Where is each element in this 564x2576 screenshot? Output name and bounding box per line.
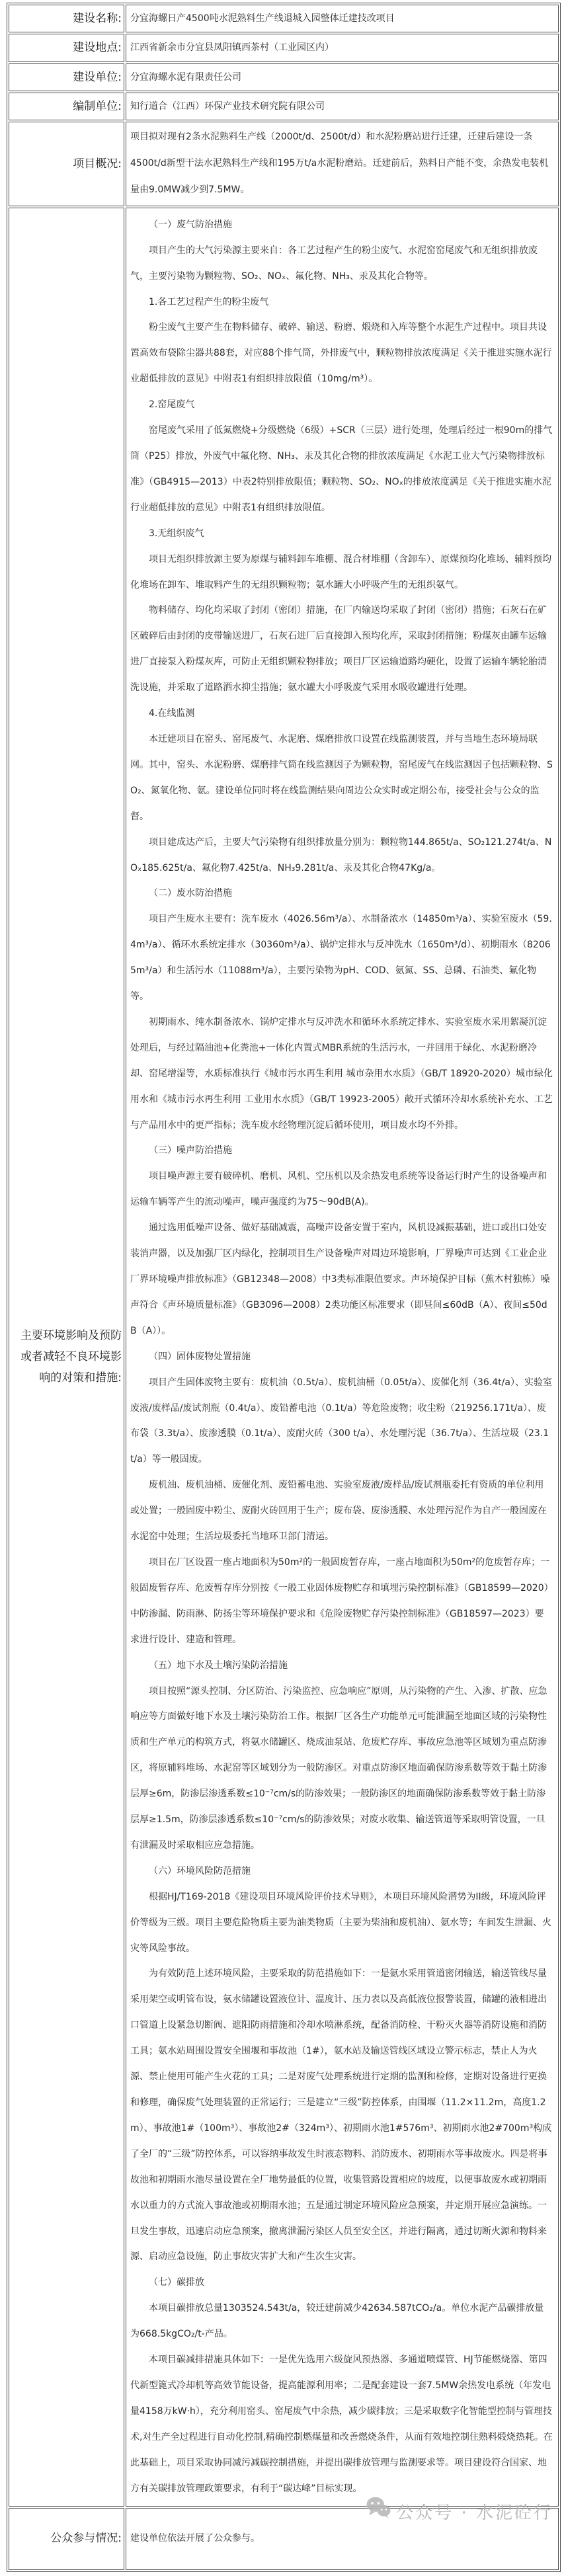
measure-paragraph: 物料储存、均化均采取了封闭（密闭）措施，在厂内输送均采取了封闭（密闭）措施；石灰… <box>130 598 553 701</box>
row-project-name: 建设名称: 分宜海螺日产4500吨水泥熟料生产线退城入园整体迁建技改项目 <box>9 5 559 32</box>
row-overview: 项目概况: 项目拟对现有2条水泥熟料生产线（2000t/d、2500t/d）和水… <box>9 122 559 206</box>
builder-label: 建设单位: <box>9 63 124 91</box>
row-compiler: 编制单位: 知行道合（江西）环保产业技术研究院有限公司 <box>9 93 559 120</box>
measure-paragraph: 本项目碳排放总量1303524.543t/a，较迁建前减少42634.587tC… <box>130 2296 553 2347</box>
overview-label: 项目概况: <box>9 122 124 206</box>
overview-value: 项目拟对现有2条水泥熟料生产线（2000t/d、2500t/d）和水泥粉磨站进行… <box>126 122 559 206</box>
measure-paragraph: （五）地下水及土壤污染防治措施 <box>130 1653 553 1679</box>
project-name-value: 分宜海螺日产4500吨水泥熟料生产线退城入园整体迁建技改项目 <box>126 5 559 32</box>
row-location: 建设地点: 江西省新余市分宜县凤阳镇西茶村（工业园区内） <box>9 34 559 61</box>
measure-paragraph: （三）噪声防治措施 <box>130 1138 553 1164</box>
builder-value: 分宜海螺水泥有限责任公司 <box>126 63 559 91</box>
project-name-label: 建设名称: <box>9 5 124 32</box>
measure-paragraph: 项目无组织排放源主要为原煤与辅料卸车堆棚、混合材堆棚（含卸车）、原煤预均化堆场、… <box>130 547 553 598</box>
measure-paragraph: 本项目碳减排措施具体如下：一是优先选用六级旋风预热器、多通道喷煤管、HJ节能燃烧… <box>130 2347 553 2501</box>
measure-paragraph: 项目噪声源主要有破碎机、磨机、风机、空压机以及余热发电系统等设备运行时产生的设备… <box>130 1164 553 1215</box>
measure-paragraph: 废机油、废机油桶、废催化剂、废铅蓄电池、实验室废液/废样品/废试剂瓶委托有资质的… <box>130 1472 553 1550</box>
measure-paragraph: （四）固体废物处置措施 <box>130 1344 553 1370</box>
row-builder: 建设单位: 分宜海螺水泥有限责任公司 <box>9 63 559 91</box>
public-participation-value: 建设单位依法开展了公众参与。 <box>130 2533 260 2544</box>
measure-paragraph: 项目在厂区设置一座占地面积为50m²的一般固废暂存库，一座占地面积为50m²的危… <box>130 1550 553 1653</box>
measure-paragraph: 4.在线监测 <box>130 701 553 727</box>
public-participation-label: 公众参与情况: <box>9 2508 124 2570</box>
measure-paragraph: （一）废气防治措施 <box>130 212 553 238</box>
document-page: 建设名称: 分宜海螺日产4500吨水泥熟料生产线退城入园整体迁建技改项目 建设地… <box>0 0 564 2576</box>
measure-paragraph: （二）废水防治措施 <box>130 881 553 906</box>
measure-paragraph: 1.各工艺过程产生的粉尘废气 <box>130 290 553 315</box>
measure-paragraph: 项目产生废水主要有：洗车废水（4026.56m³/a）、水制备浓水（14850m… <box>130 906 553 1010</box>
measure-paragraph: 3.无组织废气 <box>130 521 553 547</box>
measure-paragraph: 粉尘废气主要产生在物料储存、破碎、输送、粉磨、煅烧和入库等整个水泥生产过程中。项… <box>130 315 553 392</box>
measure-paragraph: 项目建成达产后，主要大气污染物有组织排放量分别为：颗粒物144.865t/a、S… <box>130 830 553 881</box>
measure-paragraph: 初期雨水、纯水制备浓水、锅炉定排水与反冲洗水和循环水系统定排水、实验室废水采用絮… <box>130 1010 553 1139</box>
measure-paragraph: （七）碳排放 <box>130 2270 553 2296</box>
measures-label: 主要环境影响及预防或者减轻不良环境影响的对策和措施: <box>9 208 124 2507</box>
location-label: 建设地点: <box>9 34 124 61</box>
measure-paragraph: 项目产生固体废物主要有：废机油（0.5t/a）、废机油桶（0.05t/a）、废催… <box>130 1370 553 1473</box>
measure-paragraph: 项目产生的大气污染源主要来自：各工艺过程产生的粉尘废气、水泥窑窑尾废气和无组织排… <box>130 238 553 290</box>
measure-paragraph: 为有效防范上述环境风险，主要采取的防范措施如下：一是氨水采用管道密闭输送，输送管… <box>130 1961 553 2270</box>
row-public-participation: 公众参与情况: 建设单位依法开展了公众参与。 <box>9 2508 559 2570</box>
measure-paragraph: 项目按照“源头控制、分区防治、污染监控、应急响应”原则，从污染物的产生、入渗、扩… <box>130 1679 553 1859</box>
compiler-value: 知行道合（江西）环保产业技术研究院有限公司 <box>126 93 559 120</box>
measure-paragraph: 2.窑尾废气 <box>130 392 553 418</box>
location-value: 江西省新余市分宜县凤阳镇西茶村（工业园区内） <box>126 34 559 61</box>
measure-paragraph: （六）环境风险防范措施 <box>130 1859 553 1884</box>
measure-paragraph: 根据HJ/T169-2018《建设项目环境风险评价技术导则》，本项目环境风险潜势… <box>130 1884 553 1962</box>
measures-paragraphs: （一）废气防治措施项目产生的大气污染源主要来自：各工艺过程产生的粉尘废气、水泥窑… <box>126 208 559 2507</box>
measure-paragraph: 本迁建项目在窑头、窑尾废气、水泥磨、煤磨排放口设置在线监测装置，并与当地生态环境… <box>130 727 553 830</box>
measure-paragraph: 通过选用低噪声设备、做好基础减震，高噪声设备安置于室内，风机设减振基础，进口或出… <box>130 1215 553 1344</box>
measure-paragraph: 窑尾废气采用了低氮燃烧+分级燃烧（6级）+SCR（三层）进行处理，处理后经过一根… <box>130 418 553 521</box>
compiler-label: 编制单位: <box>9 93 124 120</box>
row-measures: 主要环境影响及预防或者减轻不良环境影响的对策和措施: （一）废气防治措施项目产生… <box>9 208 559 2507</box>
project-info-table: 建设名称: 分宜海螺日产4500吨水泥熟料生产线退城入园整体迁建技改项目 建设地… <box>7 3 561 2572</box>
public-participation-cell: 建设单位依法开展了公众参与。 <box>126 2508 559 2570</box>
